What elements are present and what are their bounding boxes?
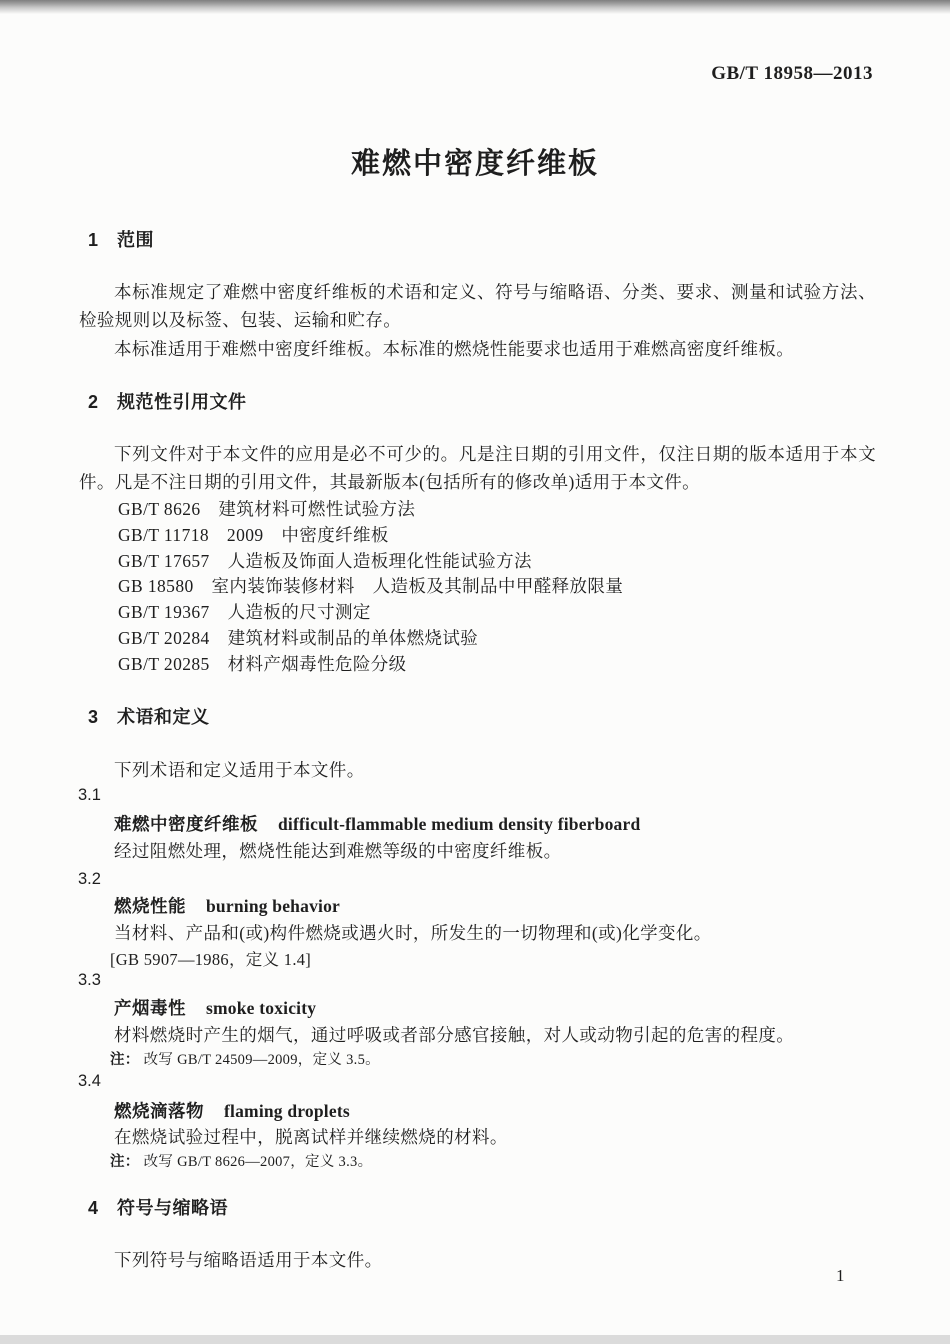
section-3-heading: 3 术语和定义 xyxy=(88,703,210,729)
standard-code: GB/T 18958—2013 xyxy=(711,63,873,85)
term-title-zh: 燃烧性能 xyxy=(114,896,186,916)
scope-paragraph-2: 本标准适用于难燃中密度纤维板。本标准的燃烧性能要求也适用于难燃高密度纤维板。 xyxy=(79,335,876,363)
section-4-heading: 4 符号与缩略语 xyxy=(88,1194,228,1220)
page-number: 1 xyxy=(836,1266,845,1286)
reference-item: GB/T 17657 人造板及饰面人造板理化性能试验方法 xyxy=(118,549,623,575)
note-text: 改写 GB/T 24509—2009，定义 3.5。 xyxy=(144,1052,380,1068)
term-number: 3.4 xyxy=(78,1072,101,1091)
term-title-en: burning behavior xyxy=(206,896,340,916)
term-title: 产烟毒性smoke toxicity xyxy=(114,995,316,1020)
term-number: 3.3 xyxy=(78,971,101,990)
term-definition: 材料燃烧时产生的烟气，通过呼吸或者部分感官接触，对人或动物引起的危害的程度。 xyxy=(114,1022,876,1047)
reference-item: GB/T 11718 2009 中密度纤维板 xyxy=(118,523,623,549)
section-2-heading: 2 规范性引用文件 xyxy=(88,388,247,414)
reference-item: GB/T 20285 材料产烟毒性危险分级 xyxy=(118,652,623,678)
reference-item: GB/T 19367 人造板的尺寸测定 xyxy=(118,600,623,626)
scan-bottom-edge xyxy=(0,1335,950,1344)
term-source: [GB 5907—1986，定义 1.4] xyxy=(110,946,311,970)
references-intro: 下列文件对于本文件的应用是必不可少的。凡是注日期的引用文件，仅注日期的版本适用于… xyxy=(79,440,876,496)
term-title-en: flaming droplets xyxy=(224,1101,350,1121)
note-text: 改写 GB/T 8626—2007，定义 3.3。 xyxy=(144,1154,373,1170)
term-title-zh: 燃烧滴落物 xyxy=(114,1101,204,1121)
term-note: 注：改写 GB/T 24509—2009，定义 3.5。 xyxy=(110,1048,380,1069)
document-page: GB/T 18958—2013 难燃中密度纤维板 1 范围 本标准规定了难燃中密… xyxy=(0,0,950,1344)
term-title: 燃烧滴落物flaming droplets xyxy=(114,1098,350,1123)
terms-intro: 下列术语和定义适用于本文件。 xyxy=(79,756,876,784)
term-definition: 当材料、产品和(或)构件燃烧或遇火时，所发生的一切物理和(或)化学变化。 xyxy=(114,920,876,945)
term-title-en: difficult-flammable medium density fiber… xyxy=(278,814,640,834)
term-number: 3.2 xyxy=(78,870,101,889)
term-number: 3.1 xyxy=(78,786,101,805)
section-1-heading: 1 范围 xyxy=(88,226,154,252)
term-definition: 经过阻燃处理，燃烧性能达到难燃等级的中密度纤维板。 xyxy=(114,838,876,863)
symbols-intro: 下列符号与缩略语适用于本文件。 xyxy=(79,1246,876,1274)
term-title: 燃烧性能burning behavior xyxy=(114,893,340,918)
scan-top-edge xyxy=(0,0,950,14)
note-label: 注： xyxy=(110,1154,140,1170)
document-title: 难燃中密度纤维板 xyxy=(0,141,950,182)
term-title: 难燃中密度纤维板difficult-flammable medium densi… xyxy=(114,811,640,836)
term-definition: 在燃烧试验过程中，脱离试样并继续燃烧的材料。 xyxy=(114,1124,876,1149)
term-title-zh: 产烟毒性 xyxy=(114,998,186,1018)
scope-paragraph-1: 本标准规定了难燃中密度纤维板的术语和定义、符号与缩略语、分类、要求、测量和试验方… xyxy=(79,278,876,334)
reference-item: GB/T 20284 建筑材料或制品的单体燃烧试验 xyxy=(118,626,623,652)
reference-item: GB 18580 室内装饰装修材料 人造板及其制品中甲醛释放限量 xyxy=(118,574,623,600)
term-note: 注：改写 GB/T 8626—2007，定义 3.3。 xyxy=(110,1150,372,1171)
term-title-en: smoke toxicity xyxy=(206,998,316,1018)
term-title-zh: 难燃中密度纤维板 xyxy=(114,814,258,834)
reference-item: GB/T 8626 建筑材料可燃性试验方法 xyxy=(118,497,623,523)
note-label: 注： xyxy=(110,1052,140,1068)
reference-list: GB/T 8626 建筑材料可燃性试验方法 GB/T 11718 2009 中密… xyxy=(118,497,623,678)
